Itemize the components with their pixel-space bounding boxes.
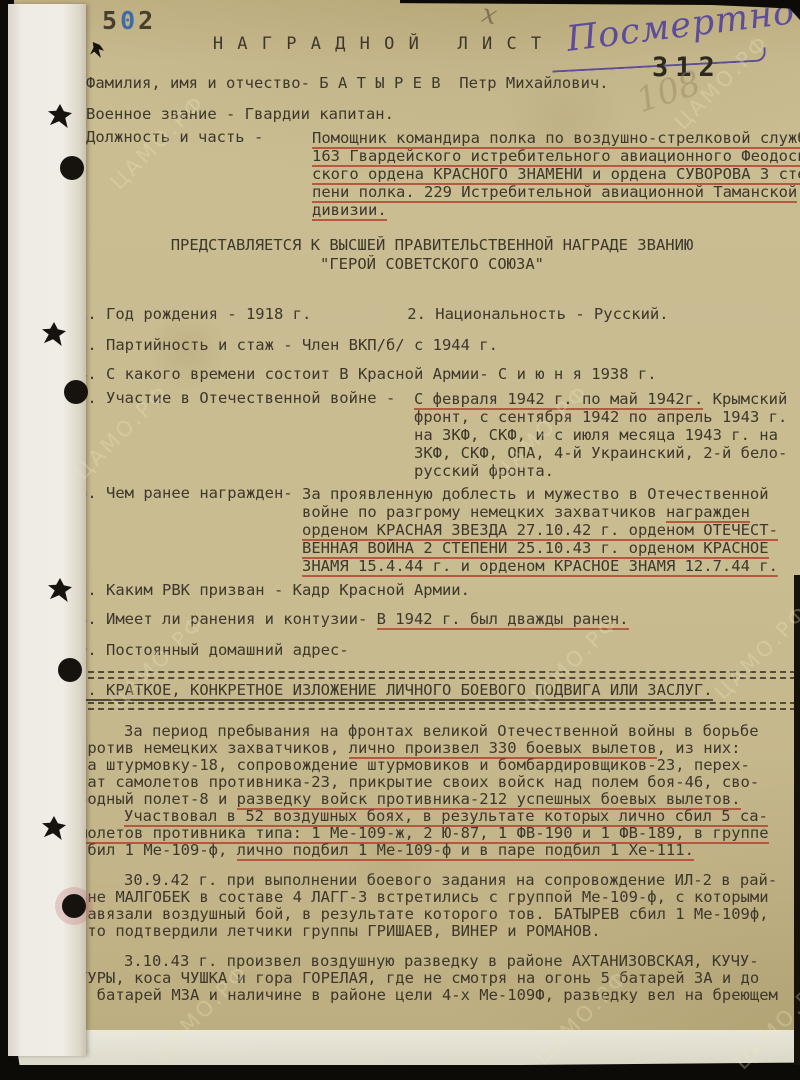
page-number-digit: 2 (138, 6, 156, 35)
text-lines: За период пребывания на фронтах великой … (78, 723, 794, 859)
field-label: 6. Чем ранее награжден- (78, 485, 302, 502)
field-label: 5. Участие в Отечественной войне - (78, 390, 414, 407)
text-segment: Крымский (703, 390, 787, 408)
text-line: 30.9.42 г. при выполнении боевого задани… (78, 872, 794, 889)
text-segment: ПРЕДСТАВЛЯЕТСЯ К ВЫСШЕЙ ПРАВИТЕЛЬСТВЕННО… (171, 236, 694, 254)
text-segment: награжден (666, 503, 750, 523)
text-line: 3. Партийность и стаж - Член ВКП/б/ с 19… (78, 337, 794, 354)
page-number-digit: 5 (102, 6, 120, 35)
text-line: I. КРАТКОЕ, КОНКРЕТНОЕ ИЗЛОЖЕНИЕ ЛИЧНОГО… (78, 682, 794, 699)
text-segment: 9. Постоянный домашний адрес- (78, 641, 349, 659)
row-item3: 3. Партийность и стаж - Член ВКП/б/ с 19… (78, 337, 794, 354)
text-line: войне по разгрому немецких захватчиков н… (302, 503, 778, 521)
row-para2: 30.9.42 г. при выполнении боевого задани… (78, 872, 794, 940)
field-label: Должность и часть - (86, 129, 312, 146)
text-segment: бодный полет-8 и (78, 790, 237, 808)
row-dash1 (78, 671, 796, 679)
text-segment: 163 Гвардейского истребительного авиацио… (312, 147, 800, 167)
text-line: русский фронта. (414, 462, 787, 480)
text-line: оне МАЛГОБЕК в составе 4 ЛАГГ-3 встретил… (78, 889, 794, 906)
text-segment: что подтвердили летчики группы ГРИШАЕВ, … (78, 922, 601, 940)
punch-hole (48, 578, 72, 602)
text-line: 8. Имеет ли ранения и контузии- В 1942 г… (78, 611, 794, 628)
text-line: 3.10.43 г. произвел воздушную разведку в… (78, 953, 794, 970)
text-lines: I. КРАТКОЕ, КОНКРЕТНОЕ ИЗЛОЖЕНИЕ ЛИЧНОГО… (78, 682, 794, 699)
row-dash2 (78, 702, 796, 710)
text-lines: 3. Партийность и стаж - Член ВКП/б/ с 19… (78, 337, 794, 354)
page-number-stamp: 502 (102, 6, 156, 35)
text-segment: 1. Год рождения - 1918 г. (78, 305, 311, 323)
text-line: ват самолетов противника-23, прикрытие с… (78, 774, 794, 791)
row-item5: 5. Участие в Отечественной войне - С фев… (78, 390, 794, 480)
text-segment: I. КРАТКОЕ, КОНКРЕТНОЕ ИЗЛОЖЕНИЕ ЛИЧНОГО… (78, 681, 713, 701)
text-segment: ского ордена КРАСНОГО ЗНАМЕНИ и ордена С… (312, 165, 800, 185)
text-segment: , из них: (657, 739, 741, 757)
text-line: За проявленную доблесть и мужество в Оте… (302, 485, 778, 503)
punch-hole (42, 816, 66, 840)
text-line: ЗНАМЯ 15.4.44 г. и орденом КРАСНОЕ ЗНАМЯ… (302, 557, 778, 575)
text-segment: С февраля 1942 г. по май 1942г. (414, 390, 703, 410)
text-segment: Должность и часть - (86, 128, 273, 146)
text-segment: Н А Г Р А Д Н О Й Л И С Т (213, 34, 543, 54)
text-line: фронт, с сентября 1942 по апрель 1943 г. (414, 408, 787, 426)
text-segment: на ЗКФ, СКФ, и с июля месяца 1943 г. на (414, 426, 778, 444)
row-item9: 9. Постоянный домашний адрес- (78, 642, 794, 659)
punch-hole (64, 380, 88, 404)
text-lines: 3.10.43 г. произвел воздушную разведку в… (78, 953, 794, 1004)
text-segment: Помощник командира полка по воздушно-стр… (312, 129, 800, 149)
text-lines: Военное звание - Гвардии капитан. (86, 106, 794, 123)
page-number-digit: 0 (120, 6, 138, 35)
text-lines: 4. С какого времени состоит В Красной Ар… (78, 366, 794, 383)
scanned-page: Н А Г Р А Д Н О Й Л И С ТФамилия, имя и … (0, 0, 800, 1080)
text-line: Помощник командира полка по воздушно-стр… (312, 129, 800, 147)
text-segment: За период пребывания на фронтах великой … (124, 722, 759, 740)
text-lines: 7. Каким РВК призван - Кадр Красной Арми… (78, 582, 794, 599)
text-segment: ВЕННАЯ ВОЙНА 2 СТЕПЕНИ 25.10.43 г. орден… (302, 539, 769, 559)
text-line: 1. Год рождения - 1918 г.2. Национальнос… (78, 306, 794, 323)
field-value-block: Помощник командира полка по воздушно-стр… (312, 129, 800, 219)
text-line: сбил 1 Ме-109-ф, лично подбил 1 Ме-109-ф… (78, 842, 794, 859)
award-sheet-paper: Н А Г Р А Д Н О Й Л И С ТФамилия, имя и … (14, 0, 800, 1030)
text-lines: 1. Год рождения - 1918 г.2. Национальнос… (78, 306, 794, 323)
text-lines: 9. Постоянный домашний адрес- (78, 642, 794, 659)
text-segment: завязали воздушный бой, в результате кот… (78, 905, 769, 923)
text-line: 7. Каким РВК призван - Кадр Красной Арми… (78, 582, 794, 599)
text-segment: 4. С какого времени состоит В Красной Ар… (78, 365, 657, 383)
punch-hole (48, 104, 72, 128)
text-segment: пени полка. 229 Истребительной авиационн… (312, 183, 797, 203)
text-segment: За проявленную доблесть и мужество в Оте… (302, 485, 769, 503)
punch-hole (42, 322, 66, 346)
row-item8: 8. Имеет ли ранения и контузии- В 1942 г… (78, 611, 794, 628)
text-line: что подтвердили летчики группы ГРИШАЕВ, … (78, 923, 794, 940)
text-segment: 3.10.43 г. произвел воздушную разведку в… (124, 952, 759, 970)
text-segment: сбил 1 Ме-109-ф, (78, 841, 237, 859)
text-segment: ЗКФ, СКФ, ОПА, 4-й Украинский, 2-й бело- (414, 444, 787, 462)
punch-hole (60, 156, 84, 180)
text-line: ского ордена КРАСНОГО ЗНАМЕНИ и ордена С… (312, 165, 800, 183)
row-item12: 1. Год рождения - 1918 г.2. Национальнос… (78, 306, 794, 323)
text-segment: 7. Каким РВК призван - Кадр Красной Арми… (78, 581, 470, 599)
text-segment: 5. Участие в Отечественной войне - (78, 389, 405, 407)
text-segment: войне по разгрому немецких захватчиков (302, 503, 666, 521)
text-line: ЗКФ, СКФ, ОПА, 4-й Украинский, 2-й бело- (414, 444, 787, 462)
text-line: Участвовал в 52 воздушных боях, в резуль… (78, 808, 794, 825)
text-line: против немецких захватчиков, лично произ… (78, 740, 794, 757)
text-segment: 3. Партийность и стаж - Член ВКП/б/ с 19… (78, 336, 498, 354)
text-line: бодный полет-8 и разведку войск противни… (78, 791, 794, 808)
text-line: молетов противника типа: 1 Ме-109-ж, 2 Ю… (78, 825, 794, 842)
text-line: орденом КРАСНАЯ ЗВЕЗДА 27.10.42 г. орден… (302, 521, 778, 539)
scan-edge-right (794, 575, 800, 1080)
document-body: Н А Г Р А Д Н О Й Л И С ТФамилия, имя и … (14, 0, 800, 1030)
text-line: дивизии. (312, 201, 800, 219)
text-line: завязали воздушный бой, в результате кот… (78, 906, 794, 923)
text-segment: фронт, с сентября 1942 по апрель 1943 г. (414, 408, 787, 426)
text-lines: 30.9.42 г. при выполнении боевого задани… (78, 872, 794, 940)
punch-hole (58, 658, 82, 682)
text-line: "ГЕРОЙ СОВЕТСКОГО СОЮЗА" (78, 255, 786, 274)
text-segment: В 1942 г. был дважды ранен. (377, 610, 629, 630)
text-line: на штурмовку-18, сопровождение штурмовик… (78, 757, 794, 774)
text-segment: оне МАЛГОБЕК в составе 4 ЛАГГ-3 встретил… (78, 888, 769, 906)
row-heading1: I. КРАТКОЕ, КОНКРЕТНОЕ ИЗЛОЖЕНИЕ ЛИЧНОГО… (78, 682, 794, 699)
text-line: 163 Гвардейского истребительного авиацио… (312, 147, 800, 165)
text-line: Военное звание - Гвардии капитан. (86, 106, 794, 123)
row-item7: 7. Каким РВК призван - Кадр Красной Арми… (78, 582, 794, 599)
text-segment: дивизии. (312, 201, 387, 221)
punch-hole (62, 894, 86, 918)
text-segment: ГУРЫ, коса ЧУШКА и гора ГОРЕЛАЯ, где не … (78, 969, 759, 987)
text-lines: 8. Имеет ли ранения и контузии- В 1942 г… (78, 611, 794, 628)
text-segment: ЗНАМЯ 15.4.44 г. и орденом КРАСНОЕ ЗНАМЯ… (302, 557, 778, 577)
text-segment: 8. Имеет ли ранения и контузии- (78, 610, 377, 628)
field-value-block: За проявленную доблесть и мужество в Оте… (302, 485, 778, 575)
row-para3: 3.10.43 г. произвел воздушную разведку в… (78, 953, 794, 1004)
binding-strip (8, 4, 86, 1056)
text-line: 7 батарей МЗА и наличине в районе цели 4… (78, 987, 794, 1004)
text-segment: русский фронта. (414, 462, 554, 480)
text-segment: 6. Чем ранее награжден- (78, 484, 302, 502)
text-line: на ЗКФ, СКФ, и с июля месяца 1943 г. на (414, 426, 787, 444)
text-line: ГУРЫ, коса ЧУШКА и гора ГОРЕЛАЯ, где не … (78, 970, 794, 987)
text-line: ПРЕДСТАВЛЯЕТСЯ К ВЫСШЕЙ ПРАВИТЕЛЬСТВЕННО… (78, 236, 786, 255)
text-segment: Фамилия, имя и отчество- Б А Т Ы Р Е В П… (86, 74, 609, 92)
text-line: 9. Постоянный домашний адрес- (78, 642, 794, 659)
text-segment: 2. Национальность - Русский. (407, 305, 668, 323)
text-line: 4. С какого времени состоит В Красной Ар… (78, 366, 794, 383)
text-lines: ПРЕДСТАВЛЯЕТСЯ К ВЫСШЕЙ ПРАВИТЕЛЬСТВЕННО… (78, 236, 786, 274)
row-predstav: ПРЕДСТАВЛЯЕТСЯ К ВЫСШЕЙ ПРАВИТЕЛЬСТВЕННО… (78, 236, 786, 274)
text-segment: ват самолетов противника-23, прикрытие с… (78, 773, 759, 791)
text-line: ВЕННАЯ ВОЙНА 2 СТЕПЕНИ 25.10.43 г. орден… (302, 539, 778, 557)
row-para1: За период пребывания на фронтах великой … (78, 723, 794, 859)
text-segment: Военное звание - Гвардии капитан. (86, 105, 394, 123)
row-zvanie: Военное звание - Гвардии капитан. (86, 106, 794, 123)
text-line: С февраля 1942 г. по май 1942г. Крымский (414, 390, 787, 408)
text-segment: 7 батарей МЗА и наличине в районе цели 4… (78, 986, 778, 1004)
row-item6: 6. Чем ранее награжден- За проявленную д… (78, 485, 794, 575)
text-line: пени полка. 229 Истребительной авиационн… (312, 183, 800, 201)
row-dolzhnost: Должность и часть - Помощник командира п… (86, 129, 794, 219)
text-segment: лично подбил 1 Ме-109-ф и в паре подбил … (237, 841, 694, 861)
text-segment: "ГЕРОЙ СОВЕТСКОГО СОЮЗА" (320, 255, 544, 273)
text-segment: 30.9.42 г. при выполнении боевого задани… (124, 871, 777, 889)
text-segment: орденом КРАСНАЯ ЗВЕЗДА 27.10.42 г. орден… (302, 521, 778, 541)
text-segment: против немецких захватчиков, (78, 739, 349, 757)
text-segment: на штурмовку-18, сопровождение штурмовик… (78, 756, 750, 774)
row-item4: 4. С какого времени состоит В Красной Ар… (78, 366, 794, 383)
scan-edge-bottom (0, 1065, 800, 1080)
field-value-block: С февраля 1942 г. по май 1942г. Крымский… (414, 390, 787, 480)
text-line: За период пребывания на фронтах великой … (78, 723, 794, 740)
